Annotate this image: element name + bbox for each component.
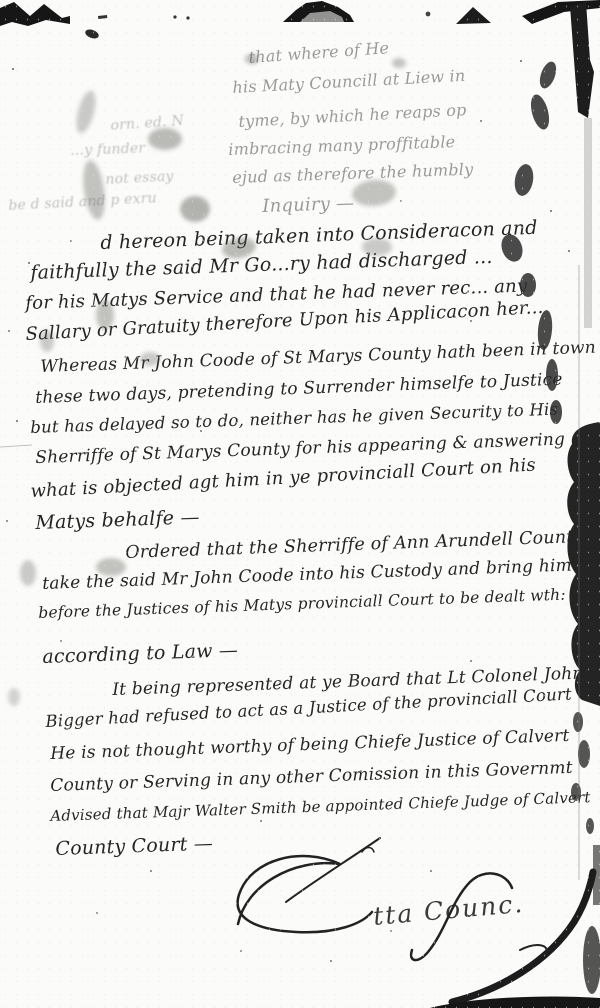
smudge bbox=[392, 58, 406, 68]
bottom-edge-stain bbox=[430, 996, 600, 1008]
faded-line: imbracing many proffitable bbox=[228, 132, 456, 159]
manuscript-line: Advised that Majr Walter Smith be appoin… bbox=[50, 788, 591, 825]
ink-dot bbox=[173, 15, 176, 18]
manuscript-line: He is not thought worthy of being Chiefe… bbox=[50, 726, 570, 764]
smudge bbox=[148, 128, 182, 150]
fragment-line: not essay bbox=[105, 168, 174, 188]
scanned-manuscript: { "page": { "kind": "Scanned handwritten… bbox=[0, 0, 600, 1008]
page-corner-overlay-top-right bbox=[522, 0, 600, 24]
tear-mark-top-left bbox=[0, 2, 70, 26]
page-corner-bar bbox=[570, 2, 594, 118]
manuscript-line: County Court — bbox=[55, 832, 213, 859]
faded-line: Inquiry — bbox=[262, 193, 355, 217]
ink-dash bbox=[98, 15, 107, 19]
fold-mark-highlight bbox=[300, 11, 344, 22]
signature-text: tta Counc. bbox=[372, 889, 525, 931]
edge-shadow-strip bbox=[584, 118, 592, 328]
fold-mark-top-triangle bbox=[456, 7, 491, 24]
margin-rule-fragment bbox=[0, 445, 32, 447]
fragment-line: orn. ed. N bbox=[110, 113, 184, 134]
faded-line: ejud as therefore the humbly bbox=[232, 160, 474, 187]
ink-blot bbox=[84, 28, 100, 40]
faded-line: his Maty Councill at Liew in bbox=[232, 66, 466, 97]
smudge bbox=[80, 159, 108, 221]
ink-dot bbox=[186, 16, 189, 19]
smudge bbox=[20, 560, 36, 586]
fold-mark-top-center bbox=[283, 1, 354, 22]
manuscript-line: according to Law — bbox=[42, 639, 238, 668]
faded-line: tyme, by which he reaps op bbox=[238, 100, 467, 131]
manuscript-line: Matys behalfe — bbox=[35, 506, 200, 534]
faded-line: that where of He bbox=[248, 38, 390, 67]
manuscript-line: County or Serving in any other Comission… bbox=[50, 758, 573, 796]
ink-blots-right-lower bbox=[571, 712, 600, 994]
smudge bbox=[73, 89, 100, 136]
fragment-line: ...y funder bbox=[70, 140, 146, 159]
smudge bbox=[8, 688, 20, 706]
manuscript-page: that where of He his Maty Councill at Li… bbox=[0, 0, 600, 1008]
ink-dot bbox=[426, 12, 431, 17]
fragment-line: be d said and p exru bbox=[8, 190, 157, 214]
smudge bbox=[180, 196, 210, 222]
speckles bbox=[0, 0, 2, 2]
